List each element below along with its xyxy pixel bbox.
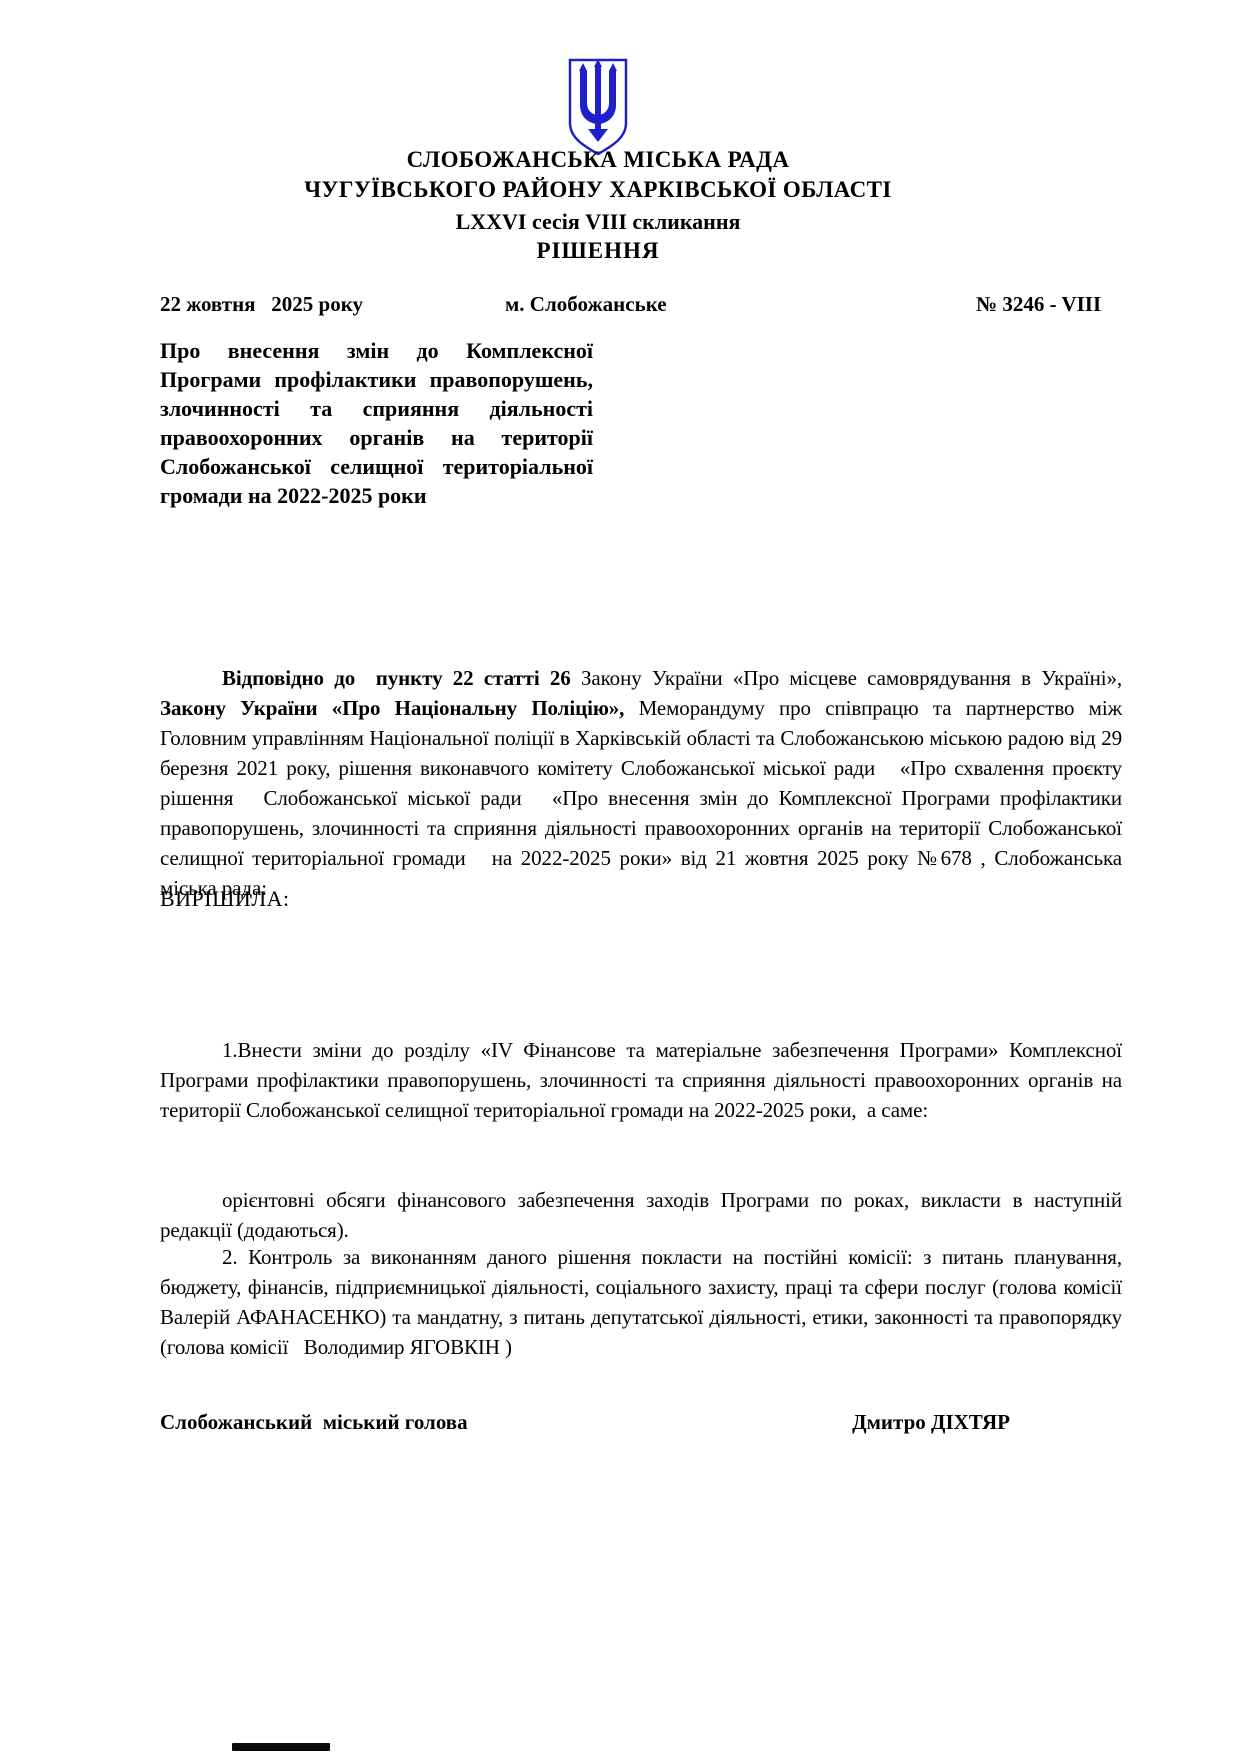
- preamble-text: Відповідно до пункту 22 статті 26 Закону…: [160, 663, 1122, 903]
- preamble-segment: Закону України «Про місцеве самоврядуван…: [581, 666, 1127, 690]
- resolution-word: ВИРІШИЛА:: [160, 886, 290, 912]
- doc-date: 22 жовтня 2025 року: [160, 292, 363, 317]
- preamble-paragraph: Відповідно до пункту 22 статті 26 Закону…: [160, 603, 1122, 963]
- resolution-item-2-paragraph: 2. Контроль за виконанням даного рішення…: [160, 1242, 1122, 1362]
- doc-place: м. Слобожанське: [505, 292, 667, 317]
- doc-meta-row: 22 жовтня 2025 року м. Слобожанське № 32…: [160, 292, 1126, 320]
- doc-type-title: РІШЕННЯ: [160, 238, 1036, 264]
- session-line: LXXVI сесія VIII скликання: [160, 209, 1036, 235]
- preamble-segment: Закону України «Про Національну Поліцію»…: [160, 696, 639, 720]
- preamble-segment: Відповідно до пункту 22 статті 26: [222, 666, 581, 690]
- signature-name: Дмитро ДІХТЯР: [852, 1410, 1010, 1435]
- org-region: ЧУГУЇВСЬКОГО РАЙОНУ ХАРКІВСЬКОЇ ОБЛАСТІ: [160, 177, 1036, 203]
- scan-artifact: [232, 1743, 330, 1751]
- doc-subject: Про внесення змін до Комплексної Програм…: [160, 336, 593, 510]
- resolution-item-2: 2. Контроль за виконанням даного рішення…: [160, 1182, 1122, 1422]
- preamble-segment: Меморандуму про співпрацю та партнерство…: [160, 696, 1127, 900]
- document-page: СЛОБОЖАНСЬКА МІСЬКА РАДА ЧУГУЇВСЬКОГО РА…: [0, 0, 1240, 1754]
- doc-number: № 3246 - VIII: [976, 292, 1101, 317]
- org-name: СЛОБОЖАНСЬКА МІСЬКА РАДА: [160, 147, 1036, 173]
- signature-row: Слобожанський міський голова Дмитро ДІХТ…: [160, 1410, 1010, 1435]
- signature-title: Слобожанський міський голова: [160, 1410, 468, 1435]
- ukraine-trident-icon: [563, 57, 633, 158]
- resolution-item-1-paragraph: 1.Внести зміни до розділу «ІV Фінансове …: [160, 1035, 1122, 1125]
